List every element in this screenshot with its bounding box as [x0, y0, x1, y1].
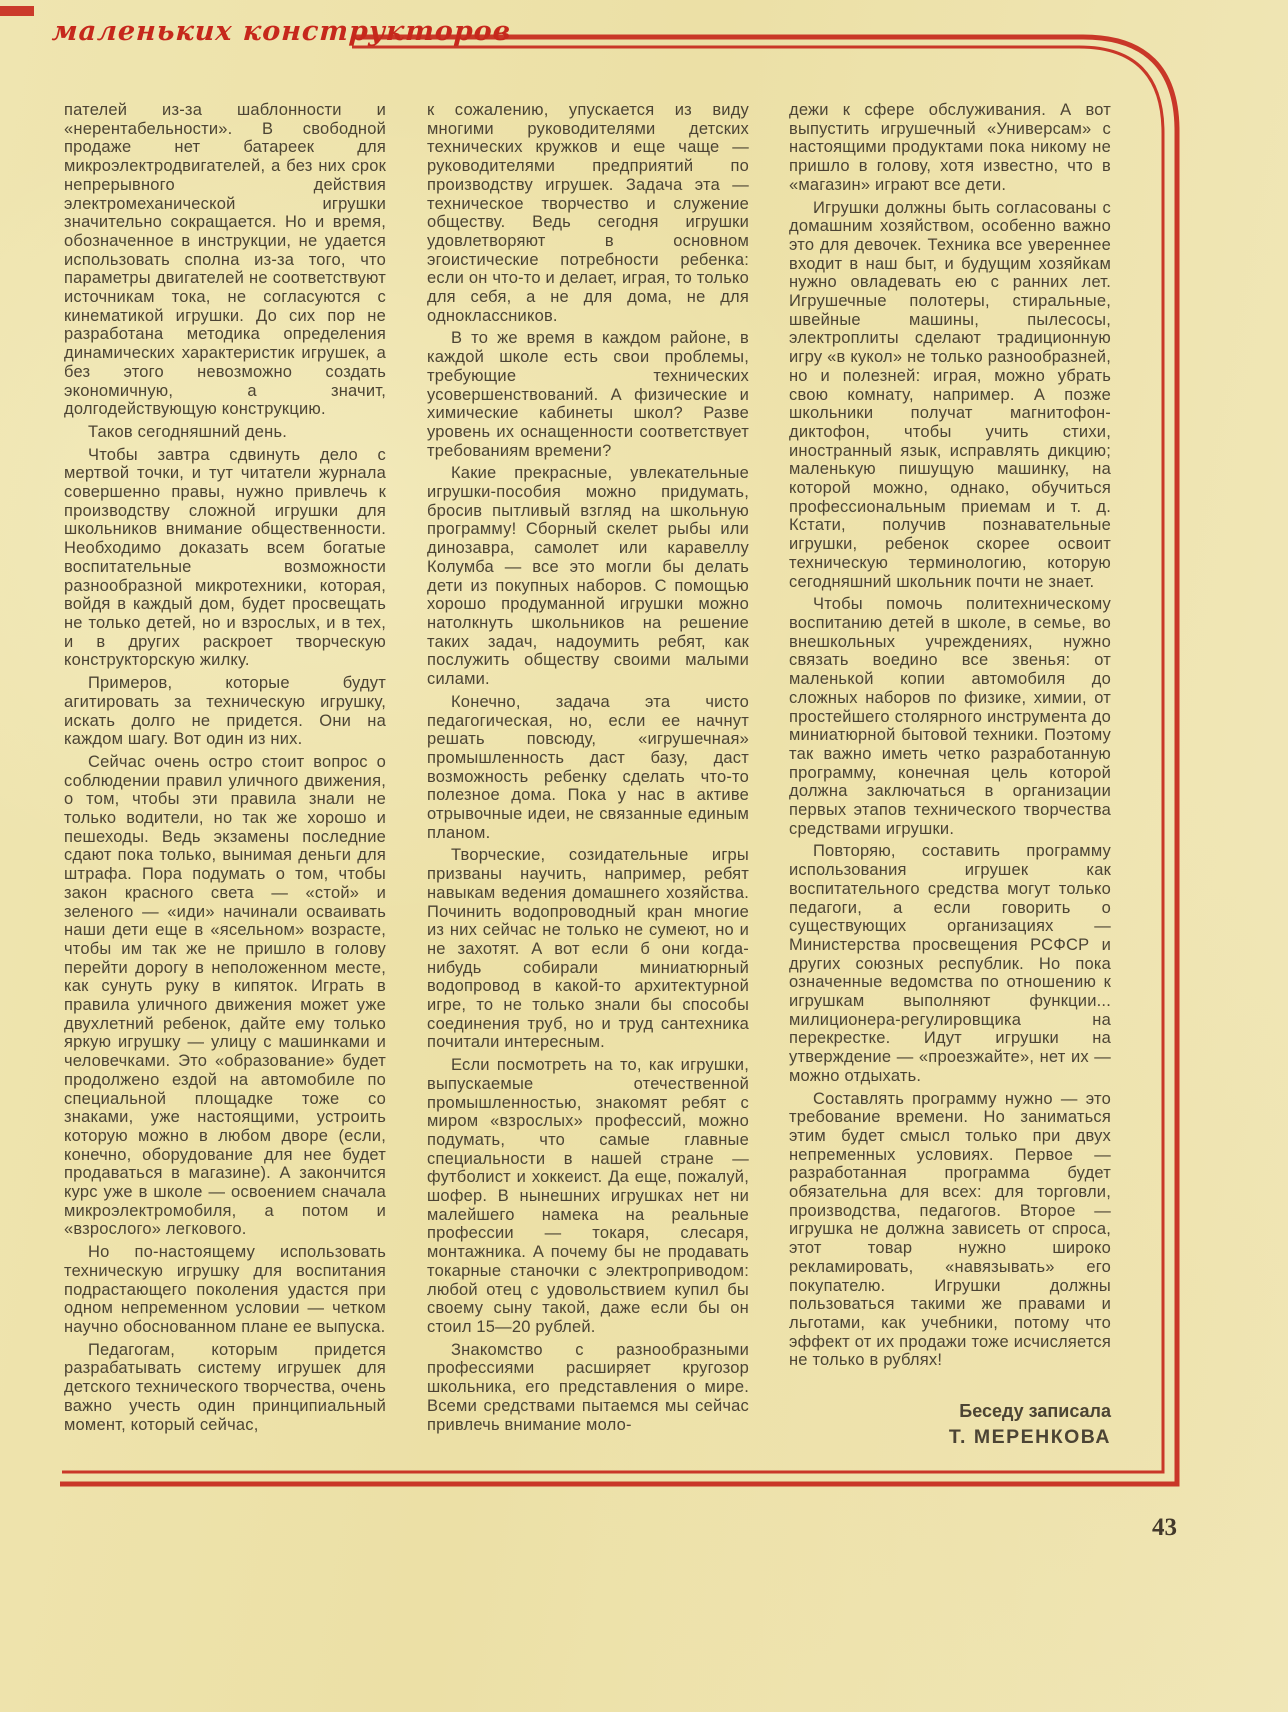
paragraph: Творческие, созидательные игры призваны … [427, 846, 749, 1052]
paragraph: Но по-настоящему использовать техническу… [64, 1243, 386, 1337]
paragraph: дежи к сфере обслуживания. А вот выпусти… [789, 101, 1111, 195]
article-column-3: дежи к сфере обслуживания. А вот выпусти… [789, 101, 1111, 1374]
paragraph: Конечно, задача эта чисто педагогическая… [427, 693, 749, 843]
paragraph: Чтобы помочь политехническому воспитанию… [789, 595, 1111, 838]
byline: Беседу записала Т. МЕРЕНКОВА [789, 1398, 1111, 1450]
paragraph: Сейчас очень остро стоит вопрос о соблюд… [64, 753, 386, 1239]
paragraph: Знакомство с разнообразными профессиями … [427, 1341, 749, 1435]
paragraph: Игрушки должны быть согласованы с домашн… [789, 199, 1111, 592]
page-number: 43 [1152, 1514, 1177, 1542]
paragraph: Педагогам, которым придется разрабатыват… [64, 1341, 386, 1435]
paragraph: Составлять программу нужно — это требова… [789, 1090, 1111, 1371]
article-column-2: к сожалению, упускается из виду многими … [427, 101, 749, 1438]
paragraph: Чтобы завтра сдвинуть дело с мертвой точ… [64, 446, 386, 670]
paragraph: Какие прекрасные, увлекательные игрушки-… [427, 464, 749, 688]
byline-author: Т. МЕРЕНКОВА [789, 1424, 1111, 1450]
section-header-script: маленьких конструкторов [51, 16, 512, 47]
paragraph: Если посмотреть на то, как игрушки, выпу… [427, 1056, 749, 1337]
paragraph: В то же время в каждом районе, в каждой … [427, 329, 749, 460]
article-column-1: пателей из-за шаблонности и «нерентабель… [64, 101, 386, 1438]
paragraph: к сожалению, упускается из виду многими … [427, 101, 749, 325]
paragraph: Повторяю, составить программу использова… [789, 842, 1111, 1085]
byline-credit: Беседу записала [789, 1398, 1111, 1424]
paragraph: Таков сегодняшний день. [64, 423, 386, 442]
paragraph: пателей из-за шаблонности и «нерентабель… [64, 101, 386, 419]
paragraph: Примеров, которые будут агитировать за т… [64, 674, 386, 749]
page-edge-mark [0, 6, 34, 16]
